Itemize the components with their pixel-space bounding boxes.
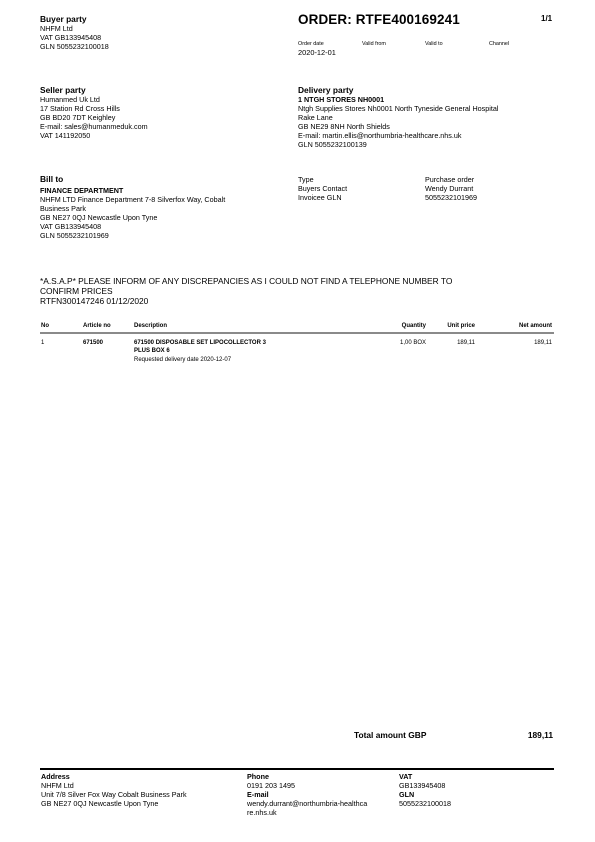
- reference-invoicee-value: 5055232101969: [425, 193, 477, 202]
- buyer-gln: GLN 5055232100018: [40, 42, 109, 51]
- order-date-value: 2020-12-01: [298, 48, 362, 57]
- seller-email: E-mail: sales@humanmeduk.com: [40, 122, 148, 131]
- column-header-net-amount: Net amount: [490, 322, 552, 330]
- column-header-description: Description: [134, 322, 167, 330]
- valid-to: Valid to: [425, 41, 489, 48]
- bill-to-gln: GLN 5055232101969: [40, 231, 225, 240]
- footer-vat-heading: VAT: [399, 772, 451, 781]
- footer-email-heading: E-mail: [247, 790, 367, 799]
- footer-gln-heading: GLN: [399, 790, 451, 799]
- footer-contact: Phone 0191 203 1495 E-mail wendy.durrant…: [247, 772, 367, 817]
- seller-party: Seller party Humanmed Uk Ltd 17 Station …: [40, 85, 148, 140]
- seller-heading: Seller party: [40, 85, 148, 95]
- delivery-address-1: Ntgh Supplies Stores Nh0001 North Tynesi…: [298, 104, 498, 113]
- channel-label: Channel: [489, 41, 553, 48]
- reference-labels: Type Buyers Contact Invoicee GLN: [298, 175, 347, 202]
- buyer-party: Buyer party NHFM Ltd VAT GB133945408 GLN…: [40, 14, 109, 51]
- footer-email-line-1[interactable]: wendy.durrant@northumbria-healthca: [247, 799, 367, 808]
- bill-to-address-2: Business Park: [40, 204, 225, 213]
- buyer-name: NHFM Ltd: [40, 24, 109, 33]
- footer-address-line-2: Unit 7/8 Silver Fox Way Cobalt Business …: [41, 790, 187, 799]
- footer-address-heading: Address: [41, 772, 187, 781]
- delivery-city: GB NE29 8NH North Shields: [298, 122, 498, 131]
- seller-name: Humanmed Uk Ltd: [40, 95, 148, 104]
- bill-to-address-1: NHFM LTD Finance Department 7-8 Silverfo…: [40, 195, 225, 204]
- row-net-amount: 189,11: [490, 339, 552, 347]
- delivery-gln: GLN 5055232100139: [298, 140, 498, 149]
- column-header-article: Article no: [83, 322, 111, 330]
- total-label: Total amount GBP: [354, 731, 426, 740]
- note-line-3: RTFN300147246 01/12/2020: [40, 296, 452, 306]
- note-line-1: *A.S.A.P* PLEASE INFORM OF ANY DISCREPAN…: [40, 276, 452, 286]
- bill-to: Bill to FINANCE DEPARTMENT NHFM LTD Fina…: [40, 174, 225, 240]
- buyer-vat: VAT GB133945408: [40, 33, 109, 42]
- footer-phone-value: 0191 203 1495: [247, 781, 367, 790]
- row-quantity: 1,00 BOX: [360, 339, 426, 347]
- note-line-2: CONFIRM PRICES: [40, 286, 452, 296]
- column-header-no: No: [41, 322, 49, 330]
- bill-to-city: GB NE27 0QJ Newcastle Upon Tyne: [40, 213, 225, 222]
- delivery-party: Delivery party 1 NTGH STORES NH0001 Ntgh…: [298, 85, 498, 149]
- reference-contact-value: Wendy Durrant: [425, 184, 477, 193]
- bill-to-heading: Bill to: [40, 174, 225, 184]
- row-article: 671500: [83, 339, 103, 347]
- footer-gln-value: 5055232100018: [399, 799, 451, 808]
- page-number: 1/1: [541, 14, 552, 23]
- footer-email-line-2[interactable]: re.nhs.uk: [247, 808, 367, 817]
- footer-address-line-1: NHFM Ltd: [41, 781, 187, 790]
- valid-from: Valid from: [362, 41, 426, 48]
- reference-contact-label: Buyers Contact: [298, 184, 347, 193]
- channel: Channel: [489, 41, 553, 48]
- seller-vat: VAT 141192050: [40, 131, 148, 140]
- row-unit-price: 189,11: [430, 339, 475, 347]
- reference-values: Purchase order Wendy Durrant 50552321019…: [425, 175, 477, 202]
- delivery-name: 1 NTGH STORES NH0001: [298, 95, 498, 104]
- row-description-line-2: PLUS BOX 6: [134, 347, 170, 355]
- delivery-heading: Delivery party: [298, 85, 498, 95]
- bill-to-vat: VAT GB133945408: [40, 222, 225, 231]
- total-value: 189,11: [480, 731, 553, 740]
- footer-divider: [40, 768, 554, 770]
- order-date-label: Order date: [298, 41, 362, 48]
- reference-type-value: Purchase order: [425, 175, 477, 184]
- delivery-address-2: Rake Lane: [298, 113, 498, 122]
- delivery-email: E-mail: martin.ellis@northumbria-healthc…: [298, 131, 498, 140]
- order-date: Order date 2020-12-01: [298, 41, 362, 57]
- footer-vat: VAT GB133945408 GLN 5055232100018: [399, 772, 451, 808]
- bill-to-department: FINANCE DEPARTMENT: [40, 186, 225, 195]
- seller-city: GB BD20 7DT Keighley: [40, 113, 148, 122]
- valid-to-label: Valid to: [425, 41, 489, 48]
- table-header-divider: [40, 332, 554, 334]
- reference-type-label: Type: [298, 175, 347, 184]
- valid-from-label: Valid from: [362, 41, 426, 48]
- reference-invoicee-label: Invoicee GLN: [298, 193, 347, 202]
- buyer-heading: Buyer party: [40, 14, 109, 24]
- footer-phone-heading: Phone: [247, 772, 367, 781]
- footer-vat-value: GB133945408: [399, 781, 451, 790]
- order-title: ORDER: RTFE400169241: [298, 12, 460, 28]
- row-no: 1: [41, 339, 44, 347]
- row-delivery-date: Requested delivery date 2020-12-07: [134, 356, 231, 364]
- column-header-quantity: Quantity: [360, 322, 426, 330]
- seller-street: 17 Station Rd Cross Hills: [40, 104, 148, 113]
- order-note: *A.S.A.P* PLEASE INFORM OF ANY DISCREPAN…: [40, 276, 452, 306]
- footer-address: Address NHFM Ltd Unit 7/8 Silver Fox Way…: [41, 772, 187, 808]
- column-header-unit-price: Unit price: [430, 322, 475, 330]
- footer-address-line-3: GB NE27 0QJ Newcastle Upon Tyne: [41, 799, 187, 808]
- row-description-line-1: 671500 DISPOSABLE SET LIPOCOLLECTOR 3: [134, 339, 266, 347]
